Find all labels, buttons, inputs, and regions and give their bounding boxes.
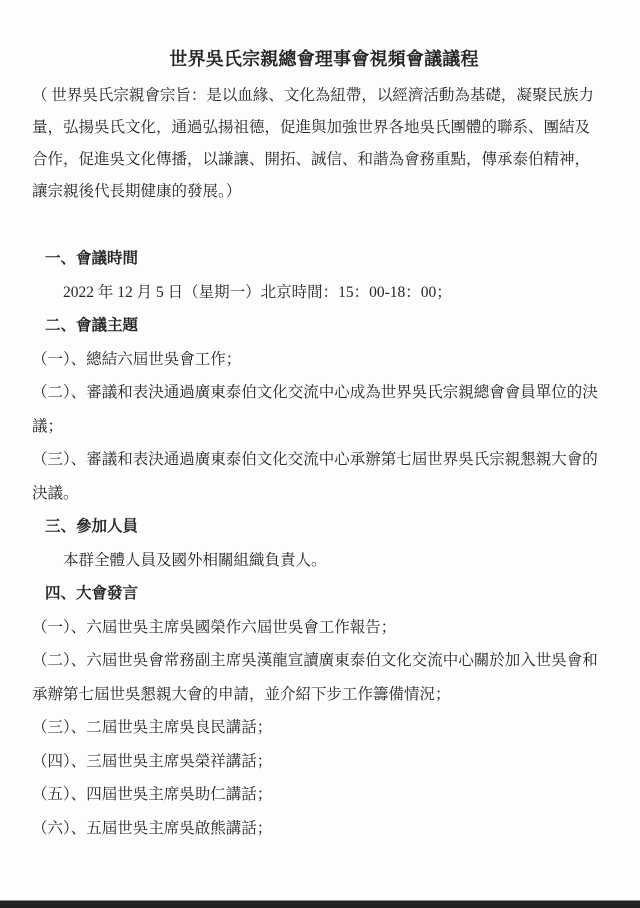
agenda-item: （一）、六屆世吳主席吳國榮作六屆世吳會工作報告； bbox=[32, 611, 616, 645]
section-participants: 三、參加人員 本群全體人員及國外相關組織負責人。 bbox=[32, 510, 616, 577]
document-content: 世界吳氏宗親總會理事會視頻會議議程 （ 世界吳氏宗親會宗旨：是以血緣、文化為紐帶… bbox=[32, 46, 616, 845]
photo-bottom-edge bbox=[0, 900, 640, 908]
agenda-item: （六）、五屆世吳主席吳啟熊講話； bbox=[32, 812, 616, 846]
section-meeting-topics: 二、會議主題 （一）、總結六屆世吳會工作； （二）、審議和表決通過廣東泰伯文化交… bbox=[32, 309, 616, 510]
section-speeches: 四、大會發言 （一）、六屆世吳主席吳國榮作六屆世吳會工作報告； （二）、六屆世吳… bbox=[32, 577, 616, 845]
meeting-date-line: 2022 年 12 月 5 日（星期一）北京時間：15：00-18：00； bbox=[32, 276, 616, 310]
section-heading: 二、會議主題 bbox=[32, 309, 616, 343]
agenda-item: （四）、三屆世吳主席吳榮祥講話； bbox=[32, 745, 616, 779]
section-meeting-time: 一、會議時間 2022 年 12 月 5 日（星期一）北京時間：15：00-18… bbox=[32, 242, 616, 309]
intro-paragraph: （ 世界吳氏宗親會宗旨：是以血緣、文化為紐帶，以經濟活動為基礎，凝聚民族力 量，… bbox=[32, 80, 616, 208]
section-heading: 四、大會發言 bbox=[32, 577, 616, 611]
participants-line: 本群全體人員及國外相關組織負責人。 bbox=[32, 544, 616, 578]
agenda-item: （二）、審議和表決通過廣東泰伯文化交流中心成為世界吳氏宗親總會會員單位的決 議； bbox=[32, 376, 616, 443]
agenda-item: （三）、二屆世吳主席吳良民講話； bbox=[32, 711, 616, 745]
section-heading: 一、會議時間 bbox=[32, 242, 616, 276]
agenda-item: （三）、審議和表決通過廣東泰伯文化交流中心承辦第七屆世界吳氏宗親懇親大會的 決議… bbox=[32, 443, 616, 510]
document-title: 世界吳氏宗親總會理事會視頻會議議程 bbox=[32, 46, 616, 72]
agenda-item: （二）、六屆世吳會常務副主席吳漢龍宣讀廣東泰伯文化交流中心關於加入世吳會和 承辦… bbox=[32, 644, 616, 711]
section-heading: 三、參加人員 bbox=[32, 510, 616, 544]
agenda-item: （一）、總結六屆世吳會工作； bbox=[32, 343, 616, 377]
document-page: 世界吳氏宗親總會理事會視頻會議議程 （ 世界吳氏宗親會宗旨：是以血緣、文化為紐帶… bbox=[0, 0, 640, 908]
agenda-item: （五）、四屆世吳主席吳助仁講話； bbox=[32, 778, 616, 812]
